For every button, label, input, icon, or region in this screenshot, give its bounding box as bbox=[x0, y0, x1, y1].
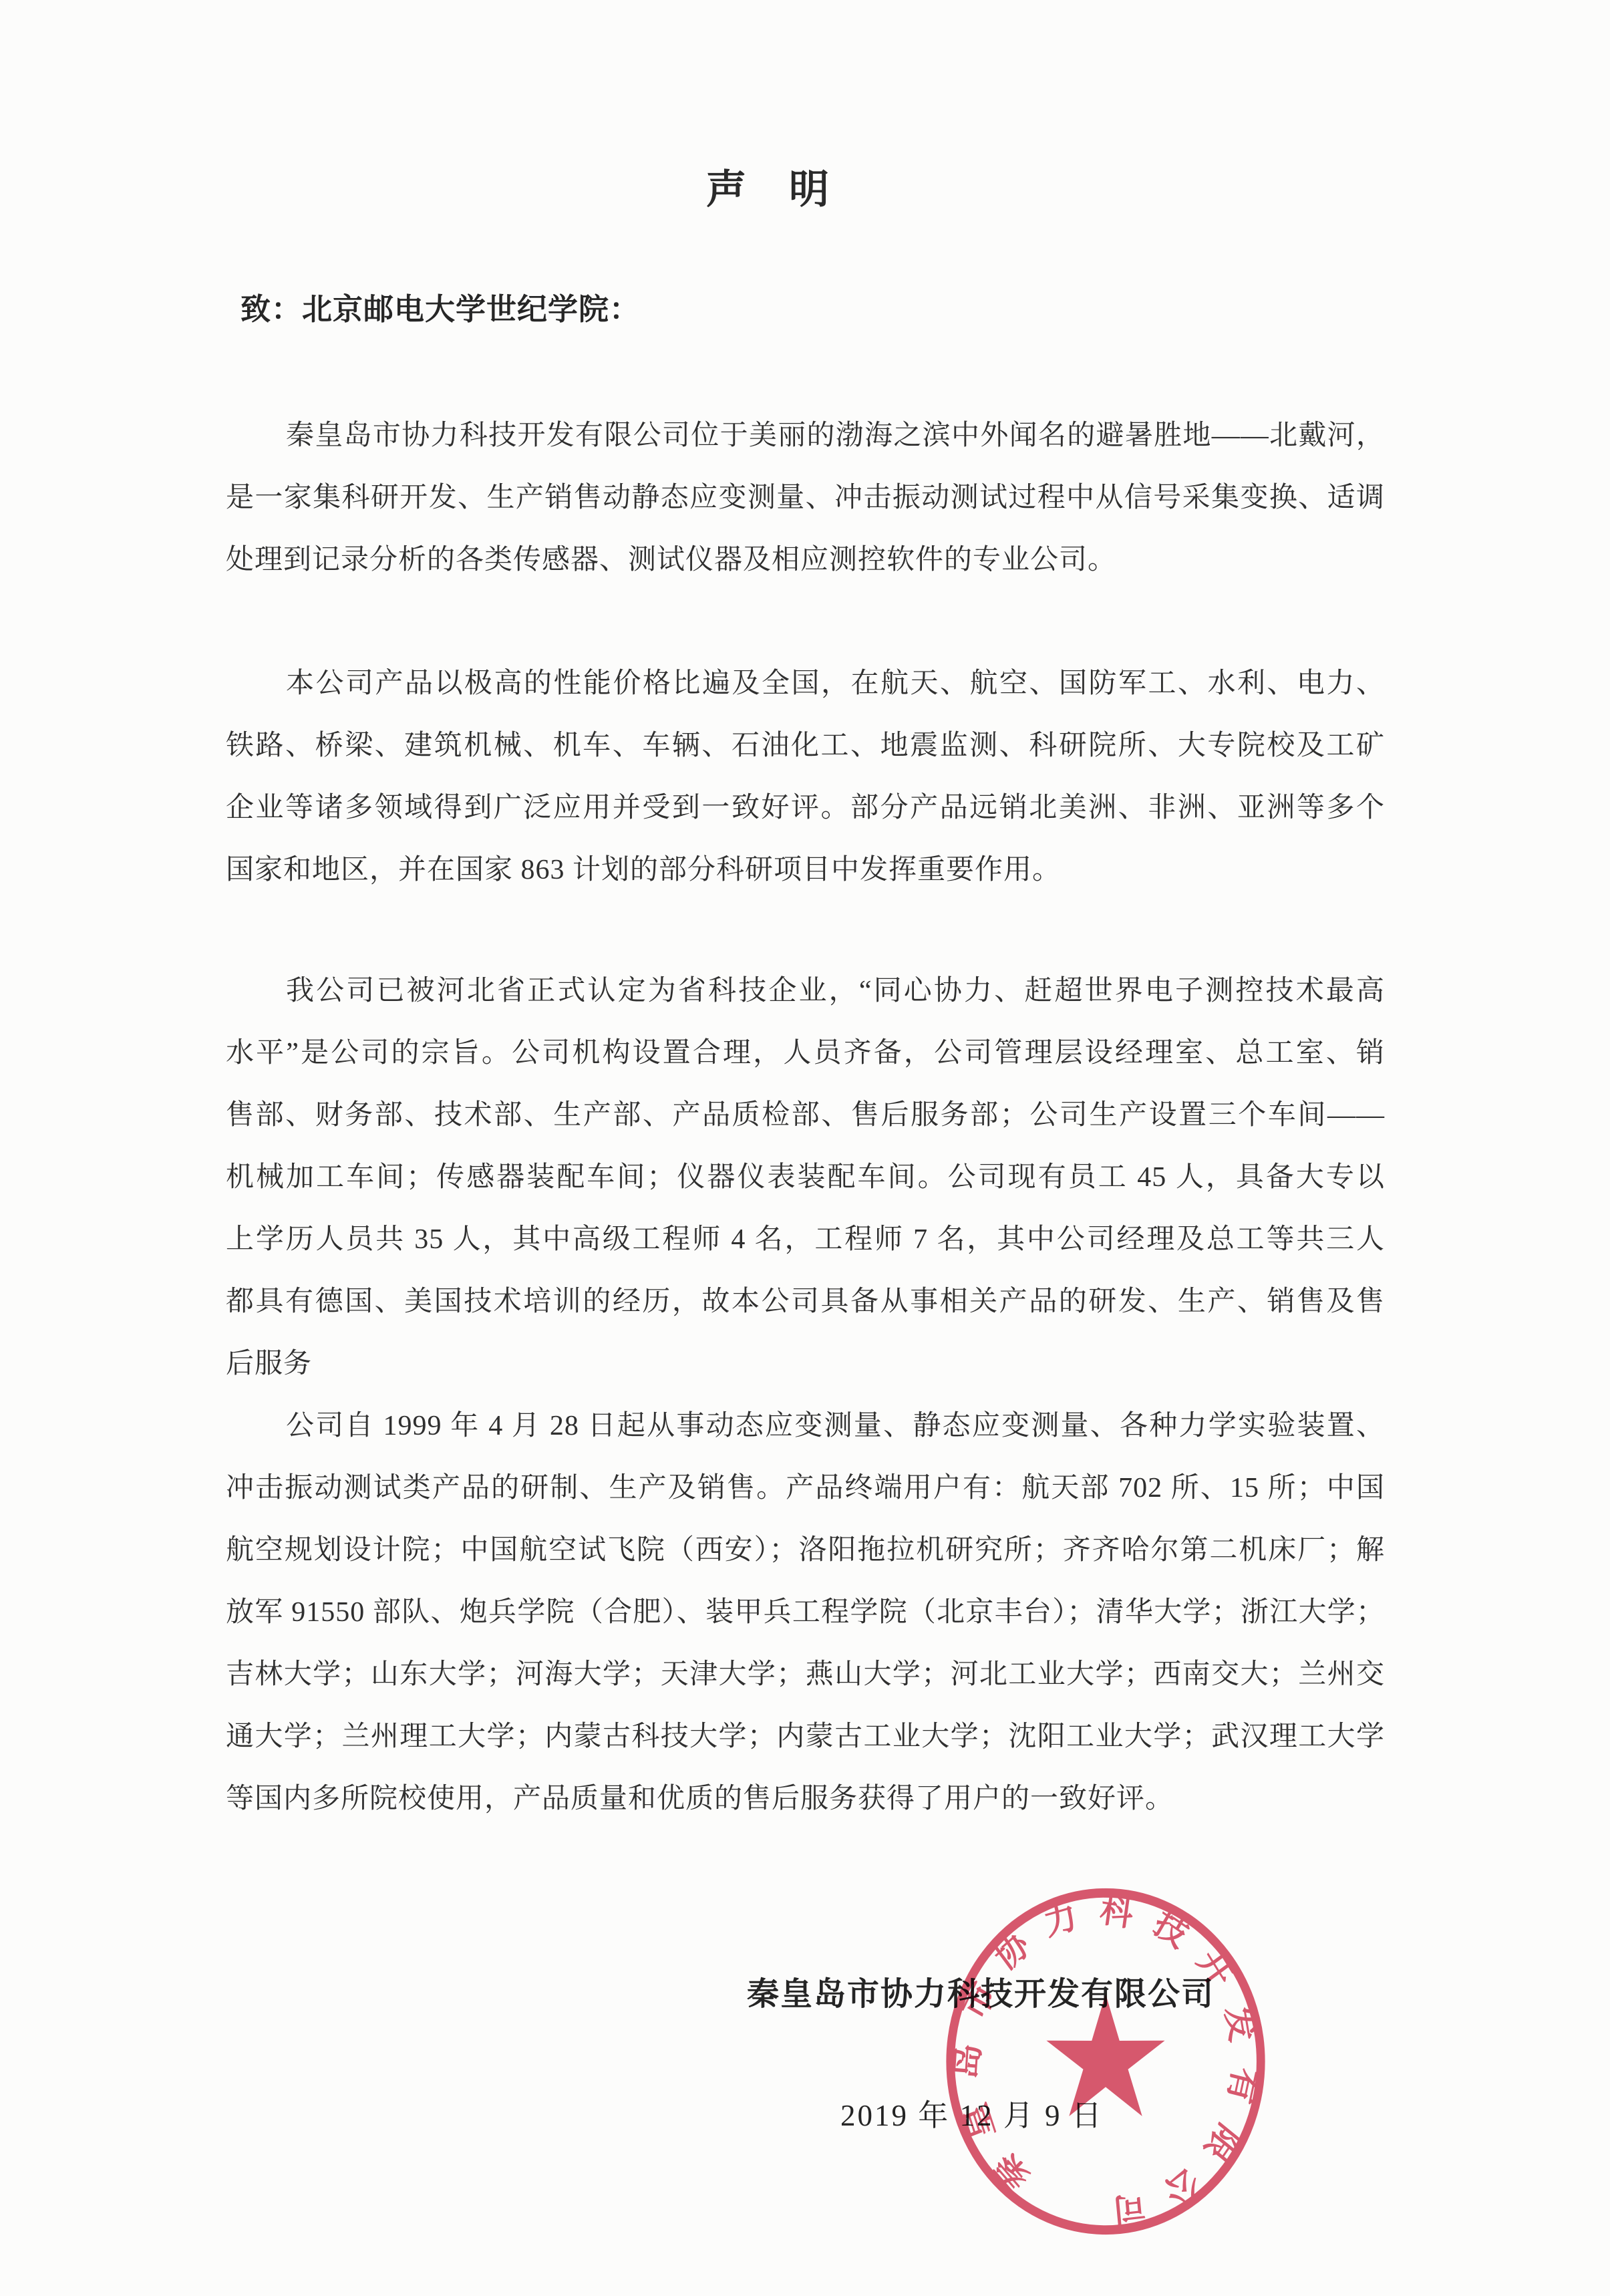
document-title: 声 明 bbox=[0, 166, 1573, 214]
paragraph-line: 机械加工车间；传感器装配车间；仪器仪表装配车间。公司现有员工 45 人，具备大专… bbox=[226, 1147, 1385, 1209]
paragraph-line: 处理到记录分析的各类传感器、测试仪器及相应测控软件的专业公司。 bbox=[226, 529, 1385, 591]
paragraph: 本公司产品以极高的性能价格比遍及全国，在航天、航空、国防军工、水利、电力、铁路、… bbox=[226, 653, 1385, 901]
paragraph-line: 上学历人员共 35 人，其中高级工程师 4 名，工程师 7 名，其中公司经理及总… bbox=[226, 1209, 1385, 1271]
paragraph-line: 航空规划设计院；中国航空试飞院（西安）；洛阳拖拉机研究所；齐齐哈尔第二机床厂；解 bbox=[226, 1520, 1385, 1582]
document-page: 声 明 致：北京邮电大学世纪学院： 秦皇岛市协力科技开发有限公司位于美丽的渤海之… bbox=[0, 0, 1610, 2296]
company-seal-stamp: 秦皇岛市协力科技开发有限公司 bbox=[942, 1884, 1269, 2239]
paragraph-line: 秦皇岛市协力科技开发有限公司位于美丽的渤海之滨中外闻名的避暑胜地——北戴河， bbox=[226, 405, 1385, 467]
paragraph: 公司自 1999 年 4 月 28 日起从事动态应变测量、静态应变测量、各种力学… bbox=[226, 1395, 1385, 1830]
paragraph-line: 是一家集科研开发、生产销售动静态应变测量、冲击振动测试过程中从信号采集变换、适调 bbox=[226, 467, 1385, 529]
paragraph-line: 铁路、桥梁、建筑机械、机车、车辆、石油化工、地震监测、科研院所、大专院校及工矿 bbox=[226, 715, 1385, 777]
paragraph-line: 本公司产品以极高的性能价格比遍及全国，在航天、航空、国防军工、水利、电力、 bbox=[226, 653, 1385, 715]
paragraph: 我公司已被河北省正式认定为省科技企业，“同心协力、赶超世界电子测控技术最高水平”… bbox=[226, 960, 1385, 1395]
paragraph-line: 企业等诸多领域得到广泛应用并受到一致好评。部分产品远销北美洲、非洲、亚洲等多个 bbox=[226, 777, 1385, 839]
paragraph-line: 水平”是公司的宗旨。公司机构设置合理，人员齐备，公司管理层设经理室、总工室、销 bbox=[226, 1022, 1385, 1085]
paragraph-line: 放军 91550 部队、炮兵学院（合肥）、装甲兵工程学院（北京丰台）；清华大学；… bbox=[226, 1582, 1385, 1644]
paragraph-line: 等国内多所院校使用，产品质量和优质的售后服务获得了用户的一致好评。 bbox=[226, 1768, 1385, 1830]
paragraph: 秦皇岛市协力科技开发有限公司位于美丽的渤海之滨中外闻名的避暑胜地——北戴河，是一… bbox=[226, 405, 1385, 591]
paragraph-line: 都具有德国、美国技术培训的经历，故本公司具备从事相关产品的研发、生产、销售及售 bbox=[226, 1271, 1385, 1333]
paragraph-line: 售部、财务部、技术部、生产部、产品质检部、售后服务部；公司生产设置三个车间—— bbox=[226, 1085, 1385, 1147]
paragraph-line: 我公司已被河北省正式认定为省科技企业，“同心协力、赶超世界电子测控技术最高 bbox=[226, 960, 1385, 1022]
paragraph-line: 后服务 bbox=[226, 1333, 1385, 1395]
paragraph-line: 冲击振动测试类产品的研制、生产及销售。产品终端用户有：航天部 702 所、15 … bbox=[226, 1457, 1385, 1520]
salutation-line: 致：北京邮电大学世纪学院： bbox=[240, 291, 640, 327]
paragraph-line: 公司自 1999 年 4 月 28 日起从事动态应变测量、静态应变测量、各种力学… bbox=[226, 1395, 1385, 1457]
paragraph-line: 吉林大学；山东大学；河海大学；天津大学；燕山大学；河北工业大学；西南交大；兰州交 bbox=[226, 1644, 1385, 1706]
seal-star-icon bbox=[1046, 1994, 1164, 2116]
paragraph-line: 通大学；兰州理工大学；内蒙古科技大学；内蒙古工业大学；沈阳工业大学；武汉理工大学 bbox=[226, 1706, 1385, 1768]
paragraph-line: 国家和地区，并在国家 863 计划的部分科研项目中发挥重要作用。 bbox=[226, 839, 1385, 901]
